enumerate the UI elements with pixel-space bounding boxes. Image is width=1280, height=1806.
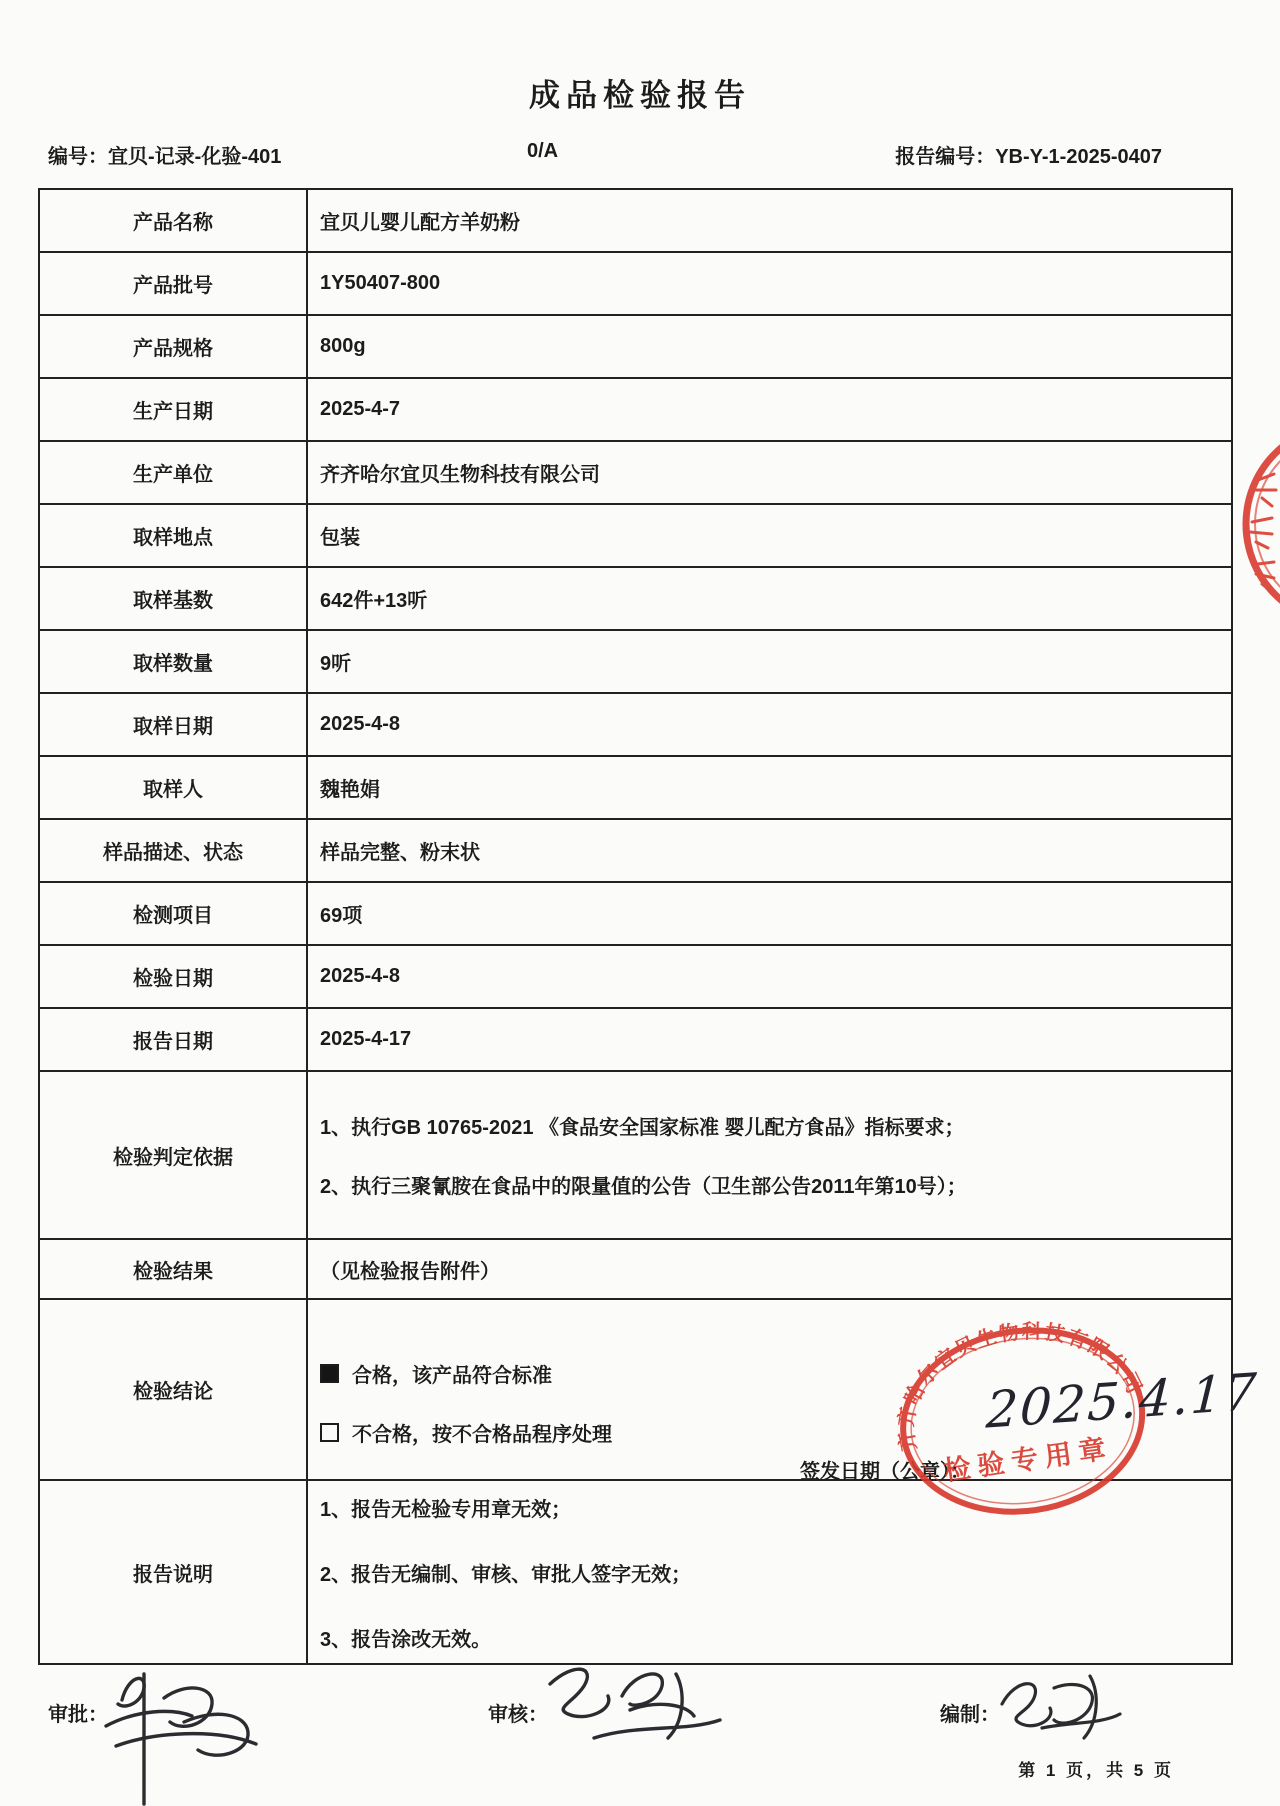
judgment-basis-lines: 1、执行GB 10765-2021 《食品安全国家标准 婴儿配方食品》指标要求；…: [320, 1111, 1231, 1199]
edge-partial-stamp: [1228, 442, 1280, 607]
row-value: 642件+13听: [307, 567, 1232, 630]
row-label: 取样日期: [39, 693, 307, 756]
table-row: 取样基数 642件+13听: [39, 567, 1232, 630]
table-row: 取样地点 包装: [39, 504, 1232, 567]
text-line: 3、报告涂改无效。: [320, 1623, 1231, 1652]
row-value: 2025-4-7: [307, 378, 1232, 441]
revision-code: 0/A: [527, 140, 558, 163]
row-value: （见检验报告附件）: [307, 1239, 1232, 1299]
row-value: 宜贝儿婴儿配方羊奶粉: [307, 189, 1232, 252]
page-number-footer: 第 1 页，共 5 页: [1018, 1756, 1174, 1781]
table-row: 取样人 魏艳娟: [39, 756, 1232, 819]
row-label: 报告日期: [39, 1008, 307, 1071]
document-number: 编号：宜贝-记录-化验-401: [48, 140, 281, 169]
approve-signature: [92, 1660, 292, 1806]
row-value: 1Y50407-800: [307, 252, 1232, 315]
row-label: 取样基数: [39, 567, 307, 630]
row-value: 2025-4-8: [307, 945, 1232, 1008]
page-title: 成品检验报告: [0, 70, 1280, 115]
row-label: 产品批号: [39, 252, 307, 315]
table-row: 生产日期 2025-4-7: [39, 378, 1232, 441]
row-label: 检验结果: [39, 1239, 307, 1299]
row-label: 检测项目: [39, 882, 307, 945]
row-value: 2025-4-17: [307, 1008, 1232, 1071]
table-row: 取样日期 2025-4-8: [39, 693, 1232, 756]
text-line: 2、执行三聚氰胺在食品中的限量值的公告（卫生部公告2011年第10号）；: [320, 1170, 1231, 1199]
text-line: 1、执行GB 10765-2021 《食品安全国家标准 婴儿配方食品》指标要求；: [320, 1111, 1231, 1140]
row-label: 产品规格: [39, 315, 307, 378]
row-label: 生产日期: [39, 378, 307, 441]
row-value: 包装: [307, 504, 1232, 567]
row-value: 800g: [307, 315, 1232, 378]
row-label: 生产单位: [39, 441, 307, 504]
row-label: 取样数量: [39, 630, 307, 693]
table-row: 取样数量 9听: [39, 630, 1232, 693]
checked-checkbox-icon: [320, 1364, 339, 1383]
table-row: 样品描述、状态 样品完整、粉末状: [39, 819, 1232, 882]
basic-info-rows: 产品名称 宜贝儿婴儿配方羊奶粉 产品批号 1Y50407-800 产品规格 80…: [39, 189, 1232, 1071]
row-label: 产品名称: [39, 189, 307, 252]
row-label: 检验日期: [39, 945, 307, 1008]
row-value: 1、执行GB 10765-2021 《食品安全国家标准 婴儿配方食品》指标要求；…: [307, 1071, 1232, 1239]
review-signature: [534, 1652, 744, 1762]
table-row: 产品名称 宜贝儿婴儿配方羊奶粉: [39, 189, 1232, 252]
row-value: 69项: [307, 882, 1232, 945]
text-line: 2、报告无编制、审核、审批人签字无效；: [320, 1558, 1231, 1587]
table-row: 检验日期 2025-4-8: [39, 945, 1232, 1008]
seal-center-text: 检验专用章: [942, 1432, 1115, 1486]
row-label: 检验判定依据: [39, 1071, 307, 1239]
row-value: 2025-4-8: [307, 693, 1232, 756]
table-row: 检测项目 69项: [39, 882, 1232, 945]
table-row: 生产单位 齐齐哈尔宜贝生物科技有限公司: [39, 441, 1232, 504]
prepare-signature: [988, 1664, 1138, 1748]
table-row: 报告日期 2025-4-17: [39, 1008, 1232, 1071]
row-label: 报告说明: [39, 1480, 307, 1664]
pass-option-label: 合格，该产品符合标准: [352, 1365, 552, 1387]
row-value: 魏艳娟: [307, 756, 1232, 819]
table-row: 产品批号 1Y50407-800: [39, 252, 1232, 315]
judgment-basis-row: 检验判定依据 1、执行GB 10765-2021 《食品安全国家标准 婴儿配方食…: [39, 1071, 1232, 1239]
unchecked-checkbox-icon: [320, 1423, 339, 1442]
result-row: 检验结果 （见检验报告附件）: [39, 1239, 1232, 1299]
report-number: 报告编号：YB-Y-1-2025-0407: [895, 140, 1162, 169]
row-label: 样品描述、状态: [39, 819, 307, 882]
row-value: 9听: [307, 630, 1232, 693]
table-row: 产品规格 800g: [39, 315, 1232, 378]
row-value: 齐齐哈尔宜贝生物科技有限公司: [307, 441, 1232, 504]
meta-row: 编号：宜贝-记录-化验-401 0/A 报告编号：YB-Y-1-2025-040…: [0, 140, 1280, 170]
fail-option-label: 不合格，按不合格品程序处理: [352, 1424, 612, 1446]
row-label: 取样人: [39, 756, 307, 819]
row-label: 检验结论: [39, 1299, 307, 1480]
row-value: 样品完整、粉末状: [307, 819, 1232, 882]
row-label: 取样地点: [39, 504, 307, 567]
